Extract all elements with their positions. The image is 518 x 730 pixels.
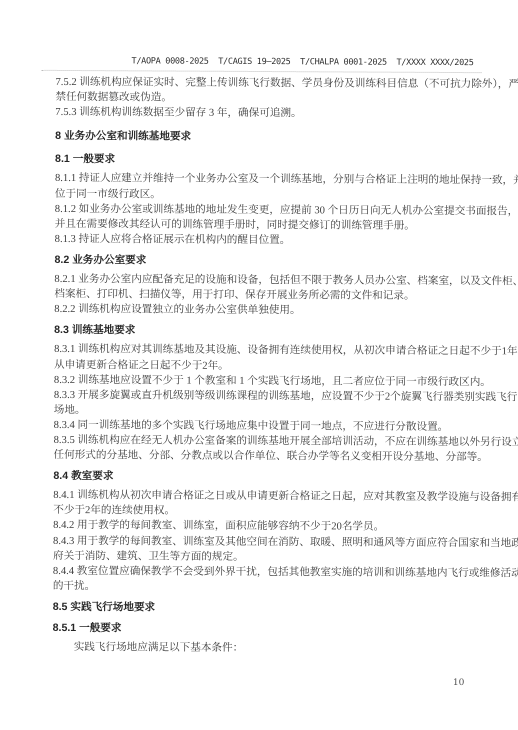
section-8-5-heading: 8.5 实践飞行场地要求 [53, 600, 476, 617]
clause-8-5-1-intro: 实践飞行场地应满足以下基本条件： [52, 640, 475, 657]
clause-8-3-1-line2: 从申请更新合格证之日起不少于2年。 [54, 357, 477, 374]
page-number: 10 [453, 678, 465, 688]
clause-8-1-1-line1: 8.1.1 持证人应建立并维持一个业务办公室及一个训练基地，分别与合格证上注明的… [55, 171, 478, 188]
section-8-3-heading: 8.3 训练基地要求 [54, 323, 477, 340]
clause-8-3-5-line2: 任何形式的分基地、分部、分教点或以合作单位、联合办学等名义变相开设分基地、分部等… [53, 448, 476, 465]
standards-header: T/AOPA 0008-2025 T/CAGIS 19—2025 T/CHALP… [42, 56, 474, 68]
section-8-4-heading: 8.4 教室要求 [53, 469, 476, 486]
clause-7-5-3: 7.5.3 训练机构训练数据至少留存 3 年，确保可追溯。 [55, 105, 478, 122]
scanned-sheet: T/AOPA 0008-2025 T/CAGIS 19—2025 T/CHALP… [0, 0, 518, 730]
clause-8-4-2: 8.4.2 用于教学的每间教室、训练室，面积应能够容纳不少于20名学员。 [53, 518, 476, 535]
clause-8-1-3: 8.1.3 持证人应将合格证展示在机构内的醒目位置。 [55, 232, 478, 249]
clause-8-3-2: 8.3.2 训练基地应设置不少于 1 个教室和 1 个实践飞行场地，且二者应位于… [54, 373, 477, 390]
section-8-1-heading: 8.1 一般要求 [55, 152, 478, 169]
document-page: T/AOPA 0008-2025 T/CAGIS 19—2025 T/CHALP… [0, 0, 518, 730]
clause-8-3-1-line1: 8.3.1 训练机构应对其训练基地及其设施、设备拥有连续使用权，从初次申请合格证… [54, 342, 477, 359]
clause-8-4-3-line1: 8.4.3 用于教学的每间教室、训练室及其他空间在消防、取暖、照明和通风等方面应… [53, 533, 476, 550]
header-rule [42, 70, 482, 73]
document-body: 7.5.2 训练机构应保证实时、完整上传训练飞行数据、学员身份及训练科目信息（不… [52, 75, 478, 657]
section-8-heading: 8 业务办公室和训练基地要求 [55, 129, 478, 146]
clause-8-1-1-line2: 位于同一市级行政区。 [55, 186, 478, 203]
clause-8-3-3-line1: 8.3.3 开展多旋翼或直升机级别等级训练课程的训练基地，应设置不少于2个旋翼飞… [54, 388, 477, 405]
section-8-2-heading: 8.2 业务办公室要求 [55, 253, 478, 270]
clause-8-2-2: 8.2.2 训练机构应设置独立的业务办公室供单独使用。 [54, 302, 477, 319]
clause-8-4-4-line1: 8.4.4 教室位置应确保教学不会受到外界干扰，包括其他教室实施的培训和训练基地… [53, 564, 476, 581]
clause-8-4-4-line2: 的干扰。 [53, 579, 476, 596]
section-8-5-1-heading: 8.5.1 一般要求 [53, 621, 476, 638]
